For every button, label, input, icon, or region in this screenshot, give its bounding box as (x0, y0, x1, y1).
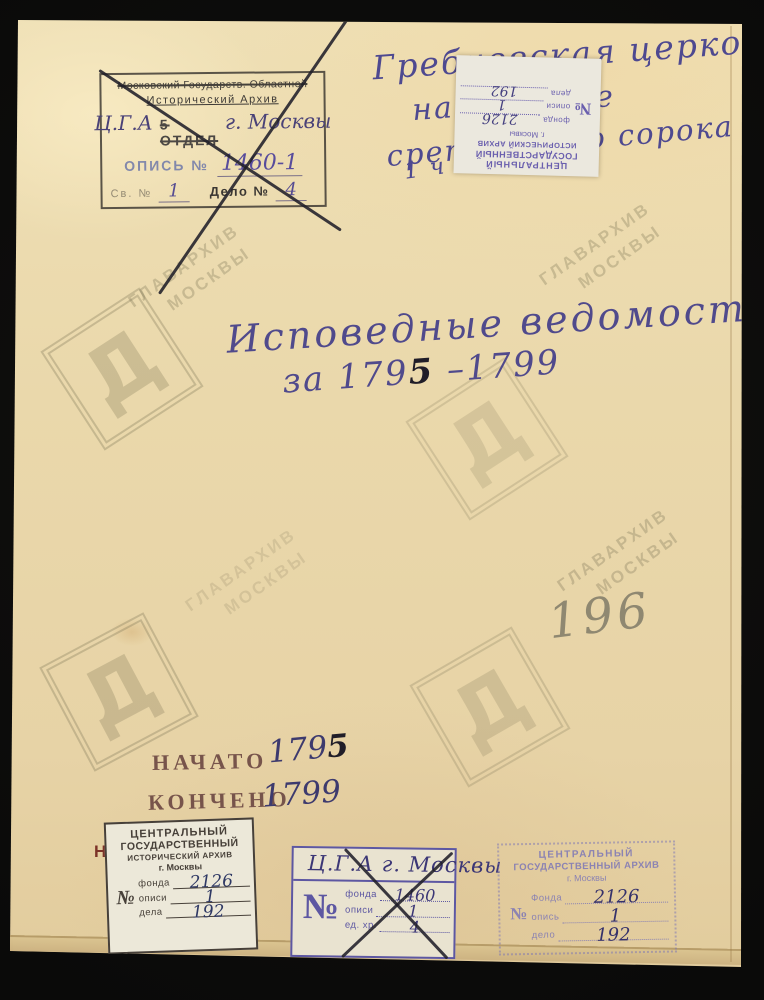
central-state-archive-ink-stamp: ЦЕНТРАЛЬНЫЙ ГОСУДАРСТВЕННЫЙ АРХИВ г. Мос… (497, 840, 677, 955)
delo-number: 192 (596, 924, 631, 946)
archival-folder-scan: { "watermark": { "line1": "ГЛАВАРХИВ", "… (0, 0, 764, 1000)
church-name-line4: 1 ч (402, 153, 447, 185)
stamp-number-rows: № Фонда2126 опись1 дело192 (506, 884, 669, 943)
delo-number: 192 (192, 901, 225, 922)
opis-label: ОПИСЬ № (124, 157, 209, 174)
fond-label: фонда (543, 115, 570, 126)
opis-label: описи (345, 904, 373, 916)
watermark-letter: Д (70, 316, 173, 422)
pasted-archive-label-upside-down: ЦЕНТРАЛЬНЫЙ ГОСУДАРСТВЕННЫЙ ИСТОРИЧЕСКИЙ… (453, 55, 601, 177)
nachato-stamp: НАЧАТО (152, 748, 268, 776)
fond-row: Фонда2126 (531, 887, 668, 905)
fond-label: фонда (345, 888, 377, 900)
opis-number: 1 (497, 96, 506, 112)
opis-number: 1 (609, 905, 621, 926)
fond-row: фонда1460 (345, 886, 450, 902)
delo-number: 192 (491, 82, 518, 99)
central-state-historical-archive-label: ЦЕНТРАЛЬНЫЙ ГОСУДАРСТВЕННЫЙ ИСТОРИЧЕСКИЙ… (104, 817, 259, 954)
numero-sign: № (510, 904, 527, 924)
opis-label: описи (139, 892, 168, 905)
label-number-rows: № фонда2126 описи1 дела192 (112, 872, 251, 921)
nachato-year-bold-digit: 5 (326, 728, 351, 766)
glavarchiv-logo-watermark-icon: Д (39, 612, 199, 772)
opis-label: опись (531, 911, 559, 923)
delo-label: дела (550, 87, 570, 98)
title-years-bold-digit: 5 (407, 351, 435, 393)
title-years-pre: за 179 (281, 353, 410, 402)
stamp-org-line3: г. Москвы (506, 872, 668, 885)
watermark-letter: Д (69, 640, 169, 744)
watermark-letter: Д (439, 655, 541, 760)
opis-label: описи (546, 101, 570, 112)
fond-label: фонда (138, 877, 170, 890)
delo-row: дела192 (460, 85, 570, 102)
nachato-year: 1795 (267, 728, 351, 771)
numero-sign: № (574, 99, 592, 119)
glavarchiv-text-watermark: ГЛАВАРХИВ МОСКВЫ (181, 523, 316, 638)
delo-label: дела (139, 907, 163, 920)
edhr-row: ед. хр.4 (345, 917, 450, 933)
opis-row: опись1 (531, 905, 668, 923)
pencil-page-number: 196 (545, 582, 655, 650)
numero-sign: № (303, 888, 340, 932)
fond-number: 2126 (482, 110, 518, 127)
stamp-org-name-struck: Московский Государств. Областной (109, 78, 315, 92)
delo-row: дела192 (139, 901, 251, 920)
nachato-year-pre: 179 (267, 729, 329, 770)
fond-row: фонда2126 (460, 112, 570, 129)
stamp-line-cga: Ц.Г.А 5 ОТДЕЛ г. Москвы (110, 108, 316, 148)
label-number-rows: № фонда2126 описи1 дела192 (460, 85, 596, 130)
folder-cover-paper: Д Д Д Д ГЛАВАРХИВ МОСКВЫ ГЛАВАРХИВ МОСКВ… (0, 0, 764, 1000)
delo-label: Дело № (210, 183, 270, 199)
sv-number: 1 (158, 180, 190, 202)
stamp-opis-line: ОПИСЬ № 1460-1 (110, 150, 316, 178)
glavarchiv-logo-watermark-icon: Д (409, 626, 570, 787)
delo-label: дело (532, 930, 556, 942)
fond-label: Фонда (531, 892, 562, 905)
numero-sign: № (116, 886, 135, 910)
watermark-letter: Д (435, 386, 538, 492)
sv-label: Св. № (110, 188, 152, 200)
title-years-post: –1799 (433, 342, 562, 391)
delo-row: дело192 (532, 924, 669, 942)
koncheno-year: 1799 (261, 773, 342, 814)
cover-crease (730, 26, 732, 962)
handwritten-cga: Ц.Г.А (94, 110, 153, 135)
